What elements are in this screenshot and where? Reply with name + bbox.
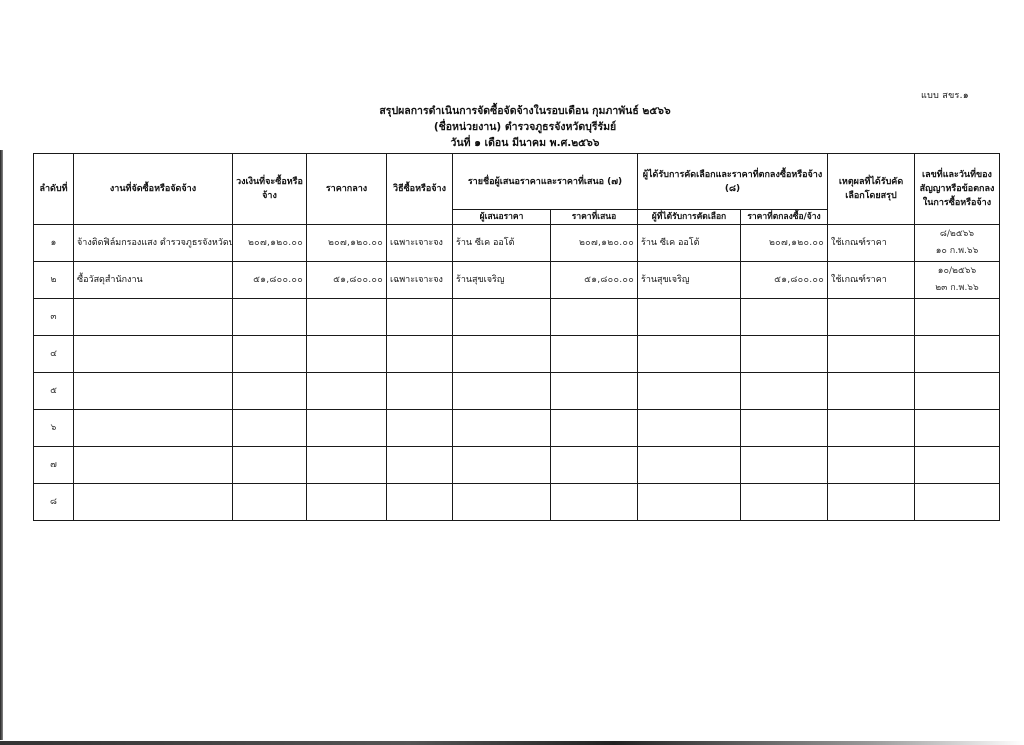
table-row: ๗: [34, 447, 1000, 484]
header-bidder: ผู้เสนอราคา: [453, 210, 551, 225]
row-reason: [828, 410, 915, 447]
row-budget: [233, 484, 307, 521]
row-reason: ใช้เกณฑ์ราคา: [828, 262, 915, 299]
header-bid-price: ราคาที่เสนอ: [551, 210, 638, 225]
row-seq: ๕: [34, 373, 74, 410]
table-row: ๔: [34, 336, 1000, 373]
row-median-price: ๒๐๗,๑๒๐.๐๐: [307, 225, 387, 262]
row-budget: [233, 447, 307, 484]
row-bid-price: [551, 373, 638, 410]
row-bidder: [453, 336, 551, 373]
row-contract: [915, 410, 1000, 447]
header-bidders-group: รายชื่อผู้เสนอราคาและราคาที่เสนอ (๗): [453, 154, 638, 210]
row-agreed-price: [741, 484, 828, 521]
row-selected: ร้าน ซีเค ออโต้: [638, 225, 741, 262]
row-budget: [233, 410, 307, 447]
table-row: ๑จ้างติดฟิล์มกรองแสง ตำรวจภูธรจังหวัดบุร…: [34, 225, 1000, 262]
row-median-price: [307, 484, 387, 521]
row-method: [387, 373, 453, 410]
row-contract: ๑๐/๒๕๖๖๒๓ ก.พ.๖๖: [915, 262, 1000, 299]
row-median-price: [307, 410, 387, 447]
row-bid-price: ๕๑,๘๐๐.๐๐: [551, 262, 638, 299]
row-bid-price: [551, 336, 638, 373]
row-item: [74, 336, 233, 373]
header-median-price: ราคากลาง: [307, 154, 387, 225]
row-reason: [828, 299, 915, 336]
row-agreed-price: ๒๐๗,๑๒๐.๐๐: [741, 225, 828, 262]
table-row: ๓: [34, 299, 1000, 336]
row-item: [74, 484, 233, 521]
header-reason: เหตุผลที่ได้รับคัดเลือกโดยสรุป: [828, 154, 915, 225]
row-item: จ้างติดฟิล์มกรองแสง ตำรวจภูธรจังหวัดบุรี…: [74, 225, 233, 262]
row-selected: [638, 336, 741, 373]
header-method: วิธีซื้อหรือจ้าง: [387, 154, 453, 225]
row-item: [74, 373, 233, 410]
contract-date: ๑๐ ก.พ.๖๖: [918, 243, 996, 260]
row-budget: ๒๐๗,๑๒๐.๐๐: [233, 225, 307, 262]
row-median-price: [307, 336, 387, 373]
scan-edge: [0, 741, 1024, 745]
header-item: งานที่จัดซื้อหรือจัดจ้าง: [74, 154, 233, 225]
row-reason: [828, 336, 915, 373]
procurement-summary-table: ลำดับที่ งานที่จัดซื้อหรือจัดจ้าง วงเงิน…: [33, 153, 1000, 521]
row-bid-price: [551, 299, 638, 336]
row-contract: [915, 299, 1000, 336]
row-budget: [233, 299, 307, 336]
row-item: [74, 299, 233, 336]
row-agreed-price: [741, 336, 828, 373]
table-row: ๕: [34, 373, 1000, 410]
row-item: [74, 410, 233, 447]
row-contract: ๘/๒๕๖๖๑๐ ก.พ.๖๖: [915, 225, 1000, 262]
row-median-price: [307, 299, 387, 336]
row-reason: [828, 447, 915, 484]
table-row: ๘: [34, 484, 1000, 521]
row-budget: ๕๑,๘๐๐.๐๐: [233, 262, 307, 299]
row-seq: ๖: [34, 410, 74, 447]
row-method: [387, 410, 453, 447]
row-median-price: [307, 373, 387, 410]
row-budget: [233, 373, 307, 410]
row-seq: ๗: [34, 447, 74, 484]
header-selected-group: ผู้ได้รับการคัดเลือกและราคาที่ตกลงซื้อหร…: [638, 154, 828, 210]
contract-number: ๑๐/๒๕๖๖: [918, 263, 996, 280]
row-reason: ใช้เกณฑ์ราคา: [828, 225, 915, 262]
row-selected: [638, 373, 741, 410]
row-bid-price: [551, 410, 638, 447]
row-item: ซื้อวัสดุสำนักงาน: [74, 262, 233, 299]
row-reason: [828, 484, 915, 521]
row-item: [74, 447, 233, 484]
row-agreed-price: [741, 299, 828, 336]
contract-number: ๘/๒๕๖๖: [918, 226, 996, 243]
header-seq: ลำดับที่: [34, 154, 74, 225]
title-line-1: สรุปผลการดำเนินการจัดซื้อจัดจ้างในรอบเดื…: [300, 103, 750, 119]
table-row: ๒ซื้อวัสดุสำนักงาน๕๑,๘๐๐.๐๐๕๑,๘๐๐.๐๐เฉพา…: [34, 262, 1000, 299]
title-line-3: วันที่ ๑ เดือน มีนาคม พ.ศ.๒๕๖๖: [300, 135, 750, 151]
row-selected: ร้านสุขเจริญ: [638, 262, 741, 299]
row-contract: [915, 373, 1000, 410]
row-bid-price: ๒๐๗,๑๒๐.๐๐: [551, 225, 638, 262]
row-reason: [828, 373, 915, 410]
row-selected: [638, 299, 741, 336]
title-line-2: (ชื่อหน่วยงาน) ตำรวจภูธรจังหวัดบุรีรัมย์: [300, 119, 750, 135]
row-agreed-price: [741, 410, 828, 447]
row-budget: [233, 336, 307, 373]
row-seq: ๓: [34, 299, 74, 336]
row-agreed-price: [741, 447, 828, 484]
row-selected: [638, 447, 741, 484]
header-budget: วงเงินที่จะซื้อหรือจ้าง: [233, 154, 307, 225]
row-method: [387, 484, 453, 521]
row-bidder: ร้าน ซีเค ออโต้: [453, 225, 551, 262]
row-method: [387, 299, 453, 336]
header-agreed-price: ราคาที่ตกลงซื้อ/จ้าง: [741, 210, 828, 225]
row-bidder: [453, 410, 551, 447]
row-bidder: [453, 299, 551, 336]
row-bid-price: [551, 447, 638, 484]
scan-edge: [0, 150, 3, 740]
row-median-price: ๕๑,๘๐๐.๐๐: [307, 262, 387, 299]
row-median-price: [307, 447, 387, 484]
row-method: [387, 336, 453, 373]
header-contract: เลขที่และวันที่ของสัญญาหรือข้อตกลงในการซ…: [915, 154, 1000, 225]
row-selected: [638, 410, 741, 447]
row-bidder: ร้านสุขเจริญ: [453, 262, 551, 299]
row-contract: [915, 336, 1000, 373]
contract-date: ๒๓ ก.พ.๖๖: [918, 280, 996, 297]
form-code: แบบ สขร.๑: [921, 88, 969, 102]
row-bidder: [453, 447, 551, 484]
row-contract: [915, 484, 1000, 521]
row-bidder: [453, 373, 551, 410]
header-selected: ผู้ที่ได้รับการคัดเลือก: [638, 210, 741, 225]
row-method: เฉพาะเจาะจง: [387, 225, 453, 262]
row-seq: ๔: [34, 336, 74, 373]
document-title: สรุปผลการดำเนินการจัดซื้อจัดจ้างในรอบเดื…: [300, 103, 750, 151]
row-bid-price: [551, 484, 638, 521]
row-seq: ๘: [34, 484, 74, 521]
row-seq: ๑: [34, 225, 74, 262]
row-method: [387, 447, 453, 484]
table-row: ๖: [34, 410, 1000, 447]
row-agreed-price: [741, 373, 828, 410]
row-seq: ๒: [34, 262, 74, 299]
row-contract: [915, 447, 1000, 484]
row-bidder: [453, 484, 551, 521]
row-method: เฉพาะเจาะจง: [387, 262, 453, 299]
row-selected: [638, 484, 741, 521]
row-agreed-price: ๕๑,๘๐๐.๐๐: [741, 262, 828, 299]
